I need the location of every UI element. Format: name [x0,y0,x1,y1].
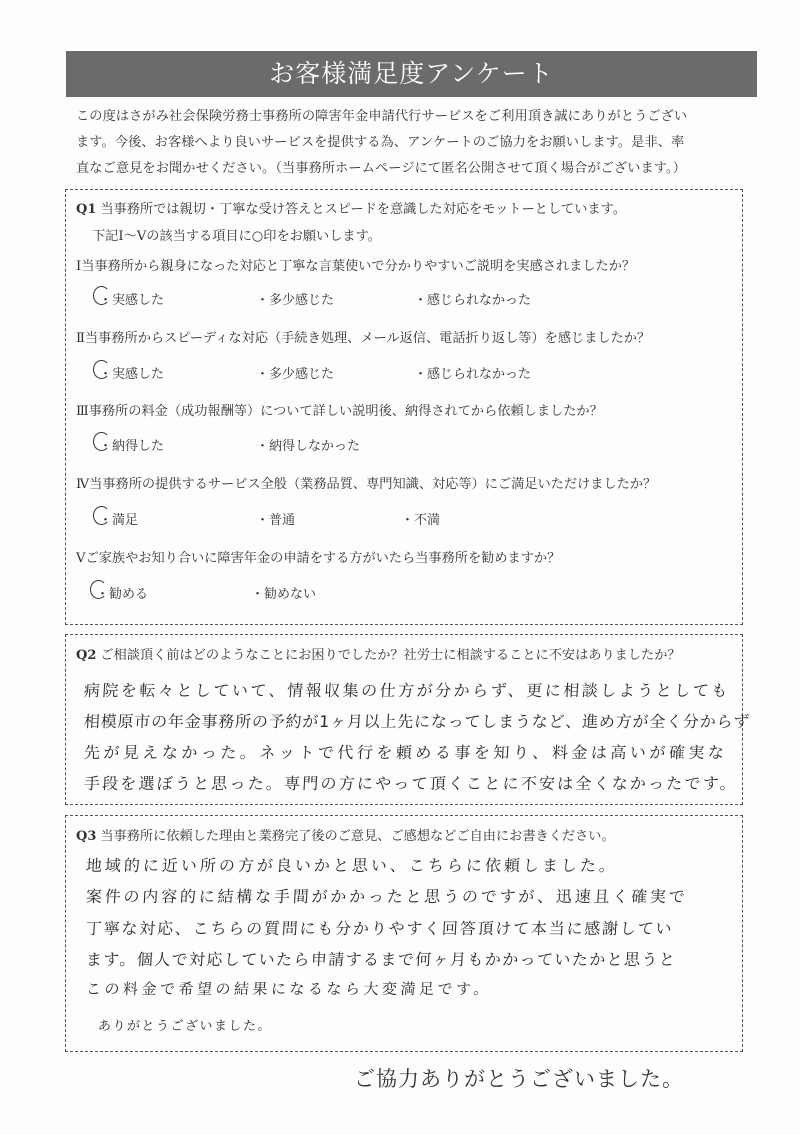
q2-text: ご相談頂く前はどのようなことにお困りでしたか？社労士に相談することに不安はありま… [100,648,680,663]
closing-message: ご協力ありがとうございました。 [354,1063,684,1093]
survey-title: お客様満足度アンケート [269,59,554,88]
q3-heading: Q3当事務所に依頼した理由と業務完了後のご意見、ご感想などご自由にお書きください… [76,825,615,844]
q1-item-1-question: Ⅰ当事務所から親身になった対応と丁寧な言葉使いで分かりやすいご説明を実感されまし… [76,255,635,274]
q1-item-2-option-3[interactable]: ・感じられなかった [414,363,531,382]
q1-item-4-option-2[interactable]: ・普通 [256,509,295,528]
survey-title-bar: お客様満足度アンケート [66,51,757,97]
q1-item-2-question: Ⅱ当事務所からスピーディな対応（手続き処理、メール返信、電話折り返し等）を感じま… [76,327,650,346]
q3-text: 当事務所に依頼した理由と業務完了後のご意見、ご感想などご自由にお書きください。 [100,829,614,844]
q1-item-5-option-2[interactable]: ・勧めない [251,583,316,602]
selected-circle-mark [93,506,110,525]
q1-item-5-option-1[interactable]: ・勧める [96,583,148,602]
q2-section: Q2ご相談頂く前はどのようなことにお困りでしたか？社労士に相談することに不安はあ… [65,634,743,805]
q1-item-3-question: Ⅲ事務所の料金（成功報酬等）について詳しい説明後、納得されてから依頼しましたか？ [76,400,603,419]
intro-line: ます。今後、お客様へより良いサービスを提供する為、アンケートのご協力をお願いしま… [76,130,756,156]
selected-circle-mark [90,580,107,599]
q1-label: Q1 [76,202,96,217]
q3-answer-line: ます。個人で対応していたら申請するまで何ヶ月もかかっていたかと思うと [85,947,677,970]
q1-text: 当事務所では親切・丁寧な受け答えとスピードを意識した対応をモットーとしています。 [100,202,626,217]
q1-instruction: 下記Ⅰ～Ⅴの該当する項目に○印をお願いします。 [92,225,381,244]
intro-line: 直なご意見をお聞かせください。（当事務所ホームページにて匿名公開させて頂く場合が… [76,156,756,182]
q1-item-4-option-3[interactable]: ・不満 [401,509,440,528]
q3-answer-line: この料金で希望の結果になるなら大変満足です。 [85,978,492,999]
q2-label: Q2 [76,648,96,663]
q3-answer-line: 丁寧な対応、こちらの質問にも分かりやすく回答頂けて本当に感謝してい [85,916,674,939]
selected-circle-mark [93,360,110,379]
q3-answer-line: ありがとうございました。 [98,1015,273,1034]
q2-answer-line: 先が見えなかった。ネットで代行を頼める事を知り、料金は高いが確実な [83,740,728,763]
q3-section: Q3当事務所に依頼した理由と業務完了後のご意見、ご感想などご自由にお書きください… [65,815,743,1052]
q2-answer-line: 相模原市の年金事務所の予約が1ヶ月以上先になってしまうなど、進め方が全く分からず [83,709,750,732]
q1-item-2-option-1[interactable]: ・実感した [99,363,164,382]
q1-item-4-question: Ⅳ当事務所の提供するサービス全般（業務品質、専門知識、対応等）にご満足いただけま… [76,473,656,492]
q2-heading: Q2ご相談頂く前はどのようなことにお困りでしたか？社労士に相談することに不安はあ… [76,644,681,663]
q3-answer-line: 地域的に近い所の方が良いかと思い、こちらに依頼しました。 [85,853,618,876]
q1-item-3-option-1[interactable]: ・納得した [99,435,164,454]
q2-answer-line: 病院を転々としていて、情報収集の仕方が分からず、更に相談しようとしても [83,678,730,701]
q1-item-1-option-2[interactable]: ・多少感じた [256,289,334,308]
q1-item-3-option-2[interactable]: ・納得しなかった [256,435,360,454]
q3-label: Q3 [76,829,96,844]
intro-line: この度はさがみ社会保険労務士事務所の障害年金申請代行サービスをご利用頂き誠にあり… [76,104,756,130]
q1-section: Q1当事務所では親切・丁寧な受け答えとスピードを意識した対応をモットーとしていま… [65,189,743,625]
q1-item-5-question: Ⅴご家族やお知り合いに障害年金の申請をする方がいたら当事務所を勧めますか？ [76,547,560,566]
q1-heading: Q1当事務所では親切・丁寧な受け答えとスピードを意識した対応をモットーとしていま… [76,198,626,217]
q1-item-2-option-2[interactable]: ・多少感じた [256,363,334,382]
q1-item-1-option-3[interactable]: ・感じられなかった [414,289,531,308]
selected-circle-mark [93,286,110,305]
selected-circle-mark [93,432,110,451]
q1-item-1-option-1[interactable]: ・実感した [99,289,164,308]
q3-answer-line: 案件の内容的に結構な手間がかかったと思うのですが、迅速且く確実で [85,884,688,907]
q2-answer-line: 手段を選ぼうと思った。専門の方にやって頂くことに不安は全くなかったです。 [83,771,738,794]
intro-paragraph: この度はさがみ社会保険労務士事務所の障害年金申請代行サービスをご利用頂き誠にあり… [76,104,756,182]
q1-item-4-option-1[interactable]: ・満足 [99,509,138,528]
